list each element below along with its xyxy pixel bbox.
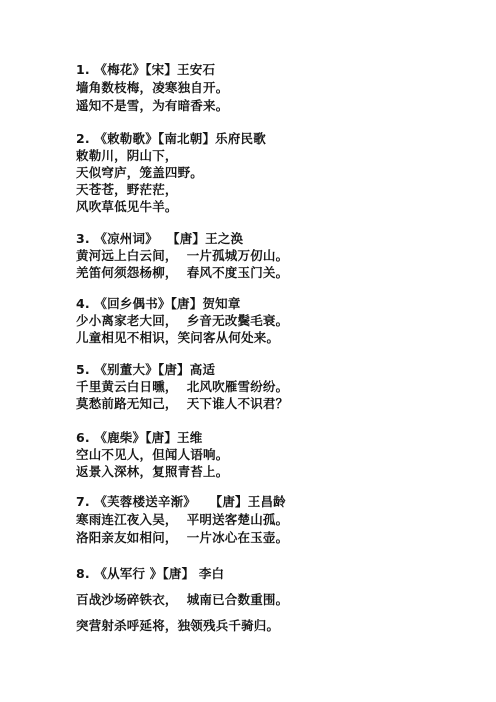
- poem-line: 百战沙场碎铁衣， 城南已合数重围。: [76, 592, 288, 607]
- poem-line: 天似穹庐，笼盖四野。: [76, 165, 203, 180]
- poem-heading: 2. 《敕勒歌》【南北朝】乐府民歌: [76, 131, 266, 146]
- poem-line: 洛阳亲友如相问， 一片冰心在玉壶。: [76, 530, 288, 545]
- document-page: 1. 《梅花》【宋】王安石 墙角数枝梅，凌寒独自开。 遥知不是雪，为有暗香来。 …: [0, 0, 496, 702]
- poem-line: 风吹草低见牛羊。: [76, 199, 178, 214]
- poem-line: 黄河远上白云间， 一片孤城万仞山。: [76, 248, 288, 263]
- poem-line: 少小离家老大回， 乡音无改鬓毛衰。: [76, 313, 288, 328]
- poem-line: 返景入深林，复照青苔上。: [76, 464, 228, 479]
- poem-line: 遥知不是雪，为有暗香来。: [76, 98, 228, 113]
- poem-heading: 1. 《梅花》【宋】王安石: [76, 62, 215, 77]
- poem-line: 突营射杀呼延将，独领残兵千骑归。: [76, 618, 279, 633]
- poem-line: 莫愁前路无知己， 天下谁人不识君？: [76, 396, 288, 411]
- poem-line: 羌笛何须怨杨柳， 春风不度玉门关。: [76, 265, 288, 280]
- poem-line: 空山不见人，但闻人语响。: [76, 447, 228, 462]
- poem-line: 寒雨连江夜入吴， 平明送客楚山孤。: [76, 512, 288, 527]
- poem-line: 千里黄云白日曛， 北风吹雁雪纷纷。: [76, 379, 288, 394]
- poem-heading: 4. 《回乡偶书》【唐】贺知章: [76, 296, 241, 311]
- poem-line: 天苍苍，野茫茫，: [76, 182, 178, 197]
- poem-heading: 6. 《鹿柴》【唐】王维: [76, 430, 202, 445]
- poem-line: 儿童相见不相识，笑问客从何处来。: [76, 330, 279, 345]
- poem-heading: 7. 《芙蓉楼送辛渐》 【唐】王昌龄: [76, 494, 286, 509]
- poem-line: 敕勒川，阴山下，: [76, 148, 178, 163]
- poem-heading: 5. 《别董大》【唐】高适: [76, 362, 215, 377]
- poem-heading: 8. 《从军行 》【唐】 李白: [76, 566, 224, 581]
- poem-heading: 3. 《凉州词》 【唐】王之涣: [76, 231, 243, 246]
- poem-line: 墙角数枝梅，凌寒独自开。: [76, 80, 228, 95]
